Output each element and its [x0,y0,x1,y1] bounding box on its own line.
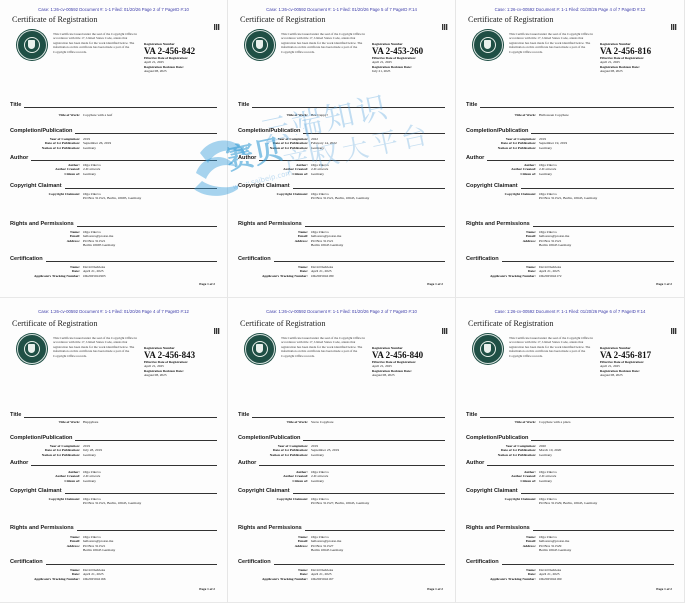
claimant-address-value: PO Box 311529, Berlin, 10645, Germany [539,501,684,505]
certificate-title: Certificate of Registration [468,15,554,24]
section-claimant: Copyright Claimant [466,486,674,494]
case-header: Case: 1:26-cv-00592 Document #: 1-1 File… [0,7,227,12]
section-completion-heading: Completion/Publication [238,435,303,441]
rights-address-line2-value: Berlin 10645 Germany [83,548,227,552]
section-claimant: Copyright Claimant [238,181,445,189]
nation-first-publication: Nation of 1st Publication: Germany [0,146,227,150]
title-of-work: Title of Work: Halloween Copyhare [456,113,684,117]
citizen-of-label: Citizen of: [0,479,83,483]
decision-date: August 08, 2025 [372,373,452,377]
barcode-icon [671,24,677,30]
title-of-work-label: Title of Work: [456,420,539,424]
copyright-office-seal-icon [17,30,47,60]
nation-first-publication: Nation of 1st Publication: Germany [228,453,455,457]
case-header: Case: 1:26-cv-00592 Document #: 1-1 File… [0,309,227,314]
page-number: Page 1 of 2 [427,282,443,286]
section-author-heading: Author [238,155,259,161]
section-completion-heading: Completion/Publication [10,128,75,134]
intro-text: This Certificate issued under the seal o… [53,32,143,54]
section-title-rule [466,417,674,418]
intro-text: This Certificate issued under the seal o… [281,32,371,54]
section-certification: Certification [10,557,217,565]
barcode-icon [671,328,677,334]
section-completion: Completion/Publication [10,126,217,134]
claimant-address-value: PO Box 311521, Berlin, 10645, Germany [83,501,227,505]
section-title-rule [238,417,445,418]
section-certification-heading: Certification [466,256,502,262]
section-author-heading: Author [10,155,31,161]
citizen-of: Citizen of: Germany [456,479,684,483]
page-number: Page 1 of 2 [199,587,215,591]
section-rights-heading: Rights and Permissions [238,221,305,227]
rights-address-line2-value: Berlin 10645 Germany [311,548,455,552]
section-completion: Completion/Publication [238,126,445,134]
section-author-rule [466,160,674,161]
section-title: Title [466,410,674,418]
page-number: Page 1 of 2 [199,282,215,286]
citizen-of: Citizen of: Germany [456,172,684,176]
section-completion-heading: Completion/Publication [466,435,531,441]
certificate-title: Certificate of Registration [12,319,98,328]
nation-first-publication-label: Nation of 1st Publication: [456,146,539,150]
tracking-number-value: OK2025042169 [539,577,684,581]
nation-first-publication-value: Germany [83,146,227,150]
section-claimant-heading: Copyright Claimant [10,183,65,189]
section-title: Title [466,100,674,108]
barcode-icon [442,328,448,334]
barcode-icon [214,328,220,334]
tracking-number-label: Applicant's Tracking Number: [456,577,539,581]
copyright-office-seal-icon [473,30,503,60]
tracking-number-label: Applicant's Tracking Number: [0,577,83,581]
section-rights-heading: Rights and Permissions [10,525,77,531]
nation-first-publication: Nation of 1st Publication: Germany [456,453,684,457]
nation-first-publication-value: Germany [311,453,455,457]
certificate-page: Case: 1:26-cv-00592 Document #: 1-1 File… [228,0,456,298]
citizen-of: Citizen of: Germany [228,172,455,176]
intro-text: This Certificate issued under the seal o… [509,336,599,358]
section-rights: Rights and Permissions [466,523,674,531]
citizen-of-value: Germany [539,172,684,176]
rights-address-line2-value: Berlin 10645 Germany [539,243,684,247]
section-certification: Certification [238,254,445,262]
title-of-work-value: Copyhare with a pizza [539,420,684,424]
copyright-office-seal-icon [245,30,275,60]
title-of-work: Title of Work: Happyhare [0,420,227,424]
section-author: Author [466,153,674,161]
registration-block: Registration Number VA 2-456-843 Effecti… [144,346,224,377]
section-rights: Rights and Permissions [466,219,674,227]
citizen-of-value: Germany [311,479,455,483]
section-author-rule [10,465,217,466]
claimant-address: PO Box 311529, Berlin, 10645, Germany [456,501,684,505]
page-number: Page 1 of 2 [656,587,672,591]
registration-number: VA 2-456-816 [600,46,680,56]
section-title-rule [10,417,217,418]
section-title-rule [466,107,674,108]
title-of-work: Title of Work: Copyhare with a leaf [0,113,227,117]
nation-first-publication-label: Nation of 1st Publication: [0,453,83,457]
section-claimant-heading: Copyright Claimant [466,488,521,494]
tracking-number-value: OK2025042166 [83,577,227,581]
copyright-office-seal-icon [17,334,47,364]
copyright-office-seal-icon [245,334,275,364]
title-of-work-label: Title of Work: [456,113,539,117]
section-author-rule [10,160,217,161]
registration-block: Registration Number VA 2-453-260 Effecti… [372,42,452,73]
registration-number: VA 2-453-260 [372,46,452,56]
rights-address-line2: Berlin 10645 Germany [228,243,455,247]
section-claimant-heading: Copyright Claimant [10,488,65,494]
rights-address-line2: Berlin 10645 Germany [456,548,684,552]
section-rights-heading: Rights and Permissions [466,525,533,531]
section-author: Author [238,153,445,161]
title-of-work-value: Halloween Copyhare [539,113,684,117]
citizen-of-label: Citizen of: [228,172,311,176]
claimant-address-value: PO Box 311521, Berlin, 10645, Germany [539,196,684,200]
tracking-number-label: Applicant's Tracking Number: [456,274,539,278]
citizen-of-value: Germany [83,479,227,483]
registration-block: Registration Number VA 2-456-817 Effecti… [600,346,680,377]
section-title-heading: Title [10,102,24,108]
tracking-number-value: OK2025042172 [539,274,684,278]
section-rights: Rights and Permissions [238,523,445,531]
certificate-page: Case: 1:26-cv-00592 Document #: 1-1 File… [456,0,685,298]
section-rights: Rights and Permissions [10,523,217,531]
tracking-number: Applicant's Tracking Number: OK202504217… [456,274,684,278]
certificate-title: Certificate of Registration [240,15,326,24]
nation-first-publication-label: Nation of 1st Publication: [228,453,311,457]
certificate-page: Case: 1:26-cv-00592 Document #: 1-1 File… [228,298,456,603]
barcode-icon [442,24,448,30]
page-number: Page 1 of 2 [427,587,443,591]
section-claimant-heading: Copyright Claimant [466,183,521,189]
certificate-grid: Case: 1:26-cv-00592 Document #: 1-1 File… [0,0,685,603]
certificate-page: Case: 1:26-cv-00592 Document #: 1-1 File… [0,0,228,298]
case-header: Case: 1:26-cv-00592 Document #: 1-1 File… [456,7,684,12]
registration-number: VA 2-456-842 [144,46,224,56]
tracking-number-label: Applicant's Tracking Number: [228,274,311,278]
citizen-of-label: Citizen of: [0,172,83,176]
section-completion-heading: Completion/Publication [10,435,75,441]
citizen-of-label: Citizen of: [456,172,539,176]
title-of-work-value: Happyhare [83,420,227,424]
nation-first-publication-value: Germany [311,146,455,150]
section-completion: Completion/Publication [466,433,674,441]
section-author: Author [10,458,217,466]
decision-date: August 08, 2025 [144,69,224,73]
section-certification-heading: Certification [10,256,46,262]
tracking-number-value: OK2025041903 [83,274,227,278]
title-of-work-label: Title of Work: [228,420,311,424]
claimant-address: PO Box 311527, Berlin, 10645, Germany [228,501,455,505]
section-claimant: Copyright Claimant [238,486,445,494]
decision-date: July 21, 2025 [372,69,452,73]
title-of-work-label: Title of Work: [228,113,311,117]
citizen-of: Citizen of: Germany [0,172,227,176]
registration-number: VA 2-456-840 [372,350,452,360]
barcode-icon [214,24,220,30]
case-header: Case: 1:26-cv-00592 Document #: 1-1 File… [456,309,684,314]
section-certification: Certification [10,254,217,262]
section-title: Title [10,410,217,418]
citizen-of-label: Citizen of: [456,479,539,483]
nation-first-publication-label: Nation of 1st Publication: [228,146,311,150]
citizen-of-value: Germany [83,172,227,176]
section-rights-heading: Rights and Permissions [466,221,533,227]
section-certification-heading: Certification [238,559,274,565]
title-of-work-value: Bee Cuppy! [311,113,455,117]
section-author-heading: Author [10,460,31,466]
rights-address-line2-value: Berlin 10695 Germany [83,243,227,247]
rights-address-line2: Berlin 10695 Germany [0,243,227,247]
title-of-work: Title of Work: Snow Copyhare [228,420,455,424]
claimant-address: PO Box 311521, Berlin, 10645, Germany [0,501,227,505]
section-certification-heading: Certification [238,256,274,262]
section-author-rule [466,465,674,466]
registration-block: Registration Number VA 2-456-840 Effecti… [372,346,452,377]
section-rights-heading: Rights and Permissions [238,525,305,531]
nation-first-publication: Nation of 1st Publication: Germany [0,453,227,457]
title-of-work-value: Copyhare with a leaf [83,113,227,117]
section-rights: Rights and Permissions [10,219,217,227]
section-certification-heading: Certification [10,559,46,565]
section-title-heading: Title [10,412,24,418]
section-author: Author [466,458,674,466]
section-title: Title [238,410,445,418]
section-claimant: Copyright Claimant [466,181,674,189]
claimant-address-value: PO Box 311527, Berlin, 10645, Germany [311,501,455,505]
claimant-address: PO Box 311521, Berlin, 10695, Germany [0,196,227,200]
nation-first-publication-value: Germany [539,146,684,150]
citizen-of-label: Citizen of: [228,479,311,483]
section-completion: Completion/Publication [466,126,674,134]
section-certification-heading: Certification [466,559,502,565]
tracking-number-label: Applicant's Tracking Number: [228,577,311,581]
section-author: Author [238,458,445,466]
section-certification: Certification [466,254,674,262]
case-header: Case: 1:26-cv-00592 Document #: 1-1 File… [228,309,455,314]
intro-text: This Certificate issued under the seal o… [53,336,143,358]
title-of-work-label: Title of Work: [0,420,83,424]
tracking-number: Applicant's Tracking Number: OK202504216… [0,577,227,581]
registration-number: VA 2-456-817 [600,350,680,360]
nation-first-publication: Nation of 1st Publication: Germany [228,146,455,150]
certificate-title: Certificate of Registration [468,319,554,328]
rights-address-line2-value: Berlin 10645 Germany [539,548,684,552]
section-title-heading: Title [466,102,480,108]
citizen-of-value: Germany [311,172,455,176]
tracking-number: Applicant's Tracking Number: OK202504216… [228,577,455,581]
claimant-address-value: PO Box 311521, Berlin, 10695, Germany [83,196,227,200]
title-of-work-label: Title of Work: [0,113,83,117]
tracking-number: Applicant's Tracking Number: OK202504218… [228,274,455,278]
decision-date: August 08, 2025 [600,69,680,73]
intro-text: This Certificate issued under the seal o… [281,336,371,358]
section-completion: Completion/Publication [238,433,445,441]
citizen-of: Citizen of: Germany [228,479,455,483]
decision-date: August 08, 2025 [144,373,224,377]
section-claimant-heading: Copyright Claimant [238,183,293,189]
nation-first-publication-value: Germany [539,453,684,457]
tracking-number-value: OK2025042167 [311,577,455,581]
title-of-work: Title of Work: Copyhare with a pizza [456,420,684,424]
claimant-address: PO Box 311521, Berlin, 10645, Germany [456,196,684,200]
section-title-heading: Title [238,412,252,418]
section-claimant: Copyright Claimant [10,181,217,189]
title-of-work-value: Snow Copyhare [311,420,455,424]
nation-first-publication-label: Nation of 1st Publication: [0,146,83,150]
rights-address-line2-value: Berlin 10645 Germany [311,243,455,247]
section-author-heading: Author [238,460,259,466]
section-completion-heading: Completion/Publication [466,128,531,134]
section-certification: Certification [238,557,445,565]
certificate-page: Case: 1:26-cv-00592 Document #: 1-1 File… [456,298,685,603]
registration-block: Registration Number VA 2-456-842 Effecti… [144,42,224,73]
section-rights: Rights and Permissions [238,219,445,227]
certificate-title: Certificate of Registration [240,319,326,328]
rights-address-line2: Berlin 10645 Germany [0,548,227,552]
rights-address-line2: Berlin 10645 Germany [456,243,684,247]
tracking-number: Applicant's Tracking Number: OK202504216… [456,577,684,581]
section-title-heading: Title [238,102,252,108]
section-certification: Certification [466,557,674,565]
registration-block: Registration Number VA 2-456-816 Effecti… [600,42,680,73]
section-completion-heading: Completion/Publication [238,128,303,134]
decision-date: August 08, 2025 [600,373,680,377]
tracking-number-label: Applicant's Tracking Number: [0,274,83,278]
certificate-title: Certificate of Registration [12,15,98,24]
tracking-number-value: OK2025042180 [311,274,455,278]
section-title-rule [10,107,217,108]
section-author-rule [238,465,445,466]
citizen-of: Citizen of: Germany [0,479,227,483]
section-title: Title [238,100,445,108]
section-claimant: Copyright Claimant [10,486,217,494]
registration-number: VA 2-456-843 [144,350,224,360]
copyright-office-seal-icon [473,334,503,364]
section-title: Title [10,100,217,108]
certificate-page: Case: 1:26-cv-00592 Document #: 1-1 File… [0,298,228,603]
section-claimant-heading: Copyright Claimant [238,488,293,494]
nation-first-publication-value: Germany [83,453,227,457]
section-title-heading: Title [466,412,480,418]
tracking-number: Applicant's Tracking Number: OK202504190… [0,274,227,278]
section-completion: Completion/Publication [10,433,217,441]
section-author-rule [238,160,445,161]
section-author: Author [10,153,217,161]
rights-address-line2: Berlin 10645 Germany [228,548,455,552]
claimant-address: PO Box 311521, Berlin, 10645, Germany [228,196,455,200]
section-rights-heading: Rights and Permissions [10,221,77,227]
nation-first-publication: Nation of 1st Publication: Germany [456,146,684,150]
citizen-of-value: Germany [539,479,684,483]
section-author-heading: Author [466,155,487,161]
section-author-heading: Author [466,460,487,466]
claimant-address-value: PO Box 311521, Berlin, 10645, Germany [311,196,455,200]
title-of-work: Title of Work: Bee Cuppy! [228,113,455,117]
intro-text: This Certificate issued under the seal o… [509,32,599,54]
section-title-rule [238,107,445,108]
case-header: Case: 1:26-cv-00592 Document #: 1-1 File… [228,7,455,12]
nation-first-publication-label: Nation of 1st Publication: [456,453,539,457]
page-number: Page 1 of 2 [656,282,672,286]
